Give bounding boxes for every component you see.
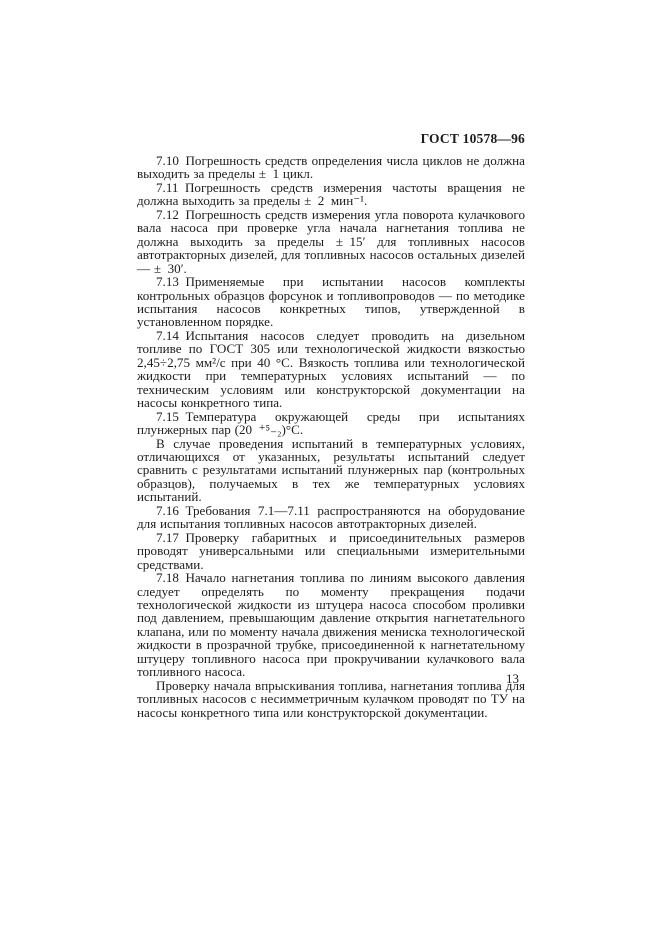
paragraph: 7.12 Погрешность средств измерения угла … [137, 208, 525, 275]
paragraph: 7.10 Погрешность средств определения чис… [137, 154, 525, 181]
running-header: ГОСТ 10578—96 [137, 131, 525, 147]
page-number: 13 [137, 671, 519, 687]
paragraph: 7.11 Погрешность средств измерения часто… [137, 181, 525, 208]
paragraph: 7.18 Начало нагнетания топлива по линиям… [137, 571, 525, 679]
paragraph: В случае проведения испытаний в температ… [137, 437, 525, 504]
paragraph: 7.14 Испытания насосов следует проводить… [137, 329, 525, 410]
paragraph: 7.17 Проверку габаритных и присоединител… [137, 531, 525, 571]
paragraph: 7.13 Применяемые при испытании насосов к… [137, 275, 525, 329]
document-page: ГОСТ 10578—96 7.10 Погрешность средств о… [0, 0, 661, 936]
paragraph: 7.16 Требования 7.1—7.11 распространяютс… [137, 504, 525, 531]
document-body: 7.10 Погрешность средств определения чис… [137, 154, 525, 719]
paragraph: 7.15 Температура окружающей среды при ис… [137, 410, 525, 437]
